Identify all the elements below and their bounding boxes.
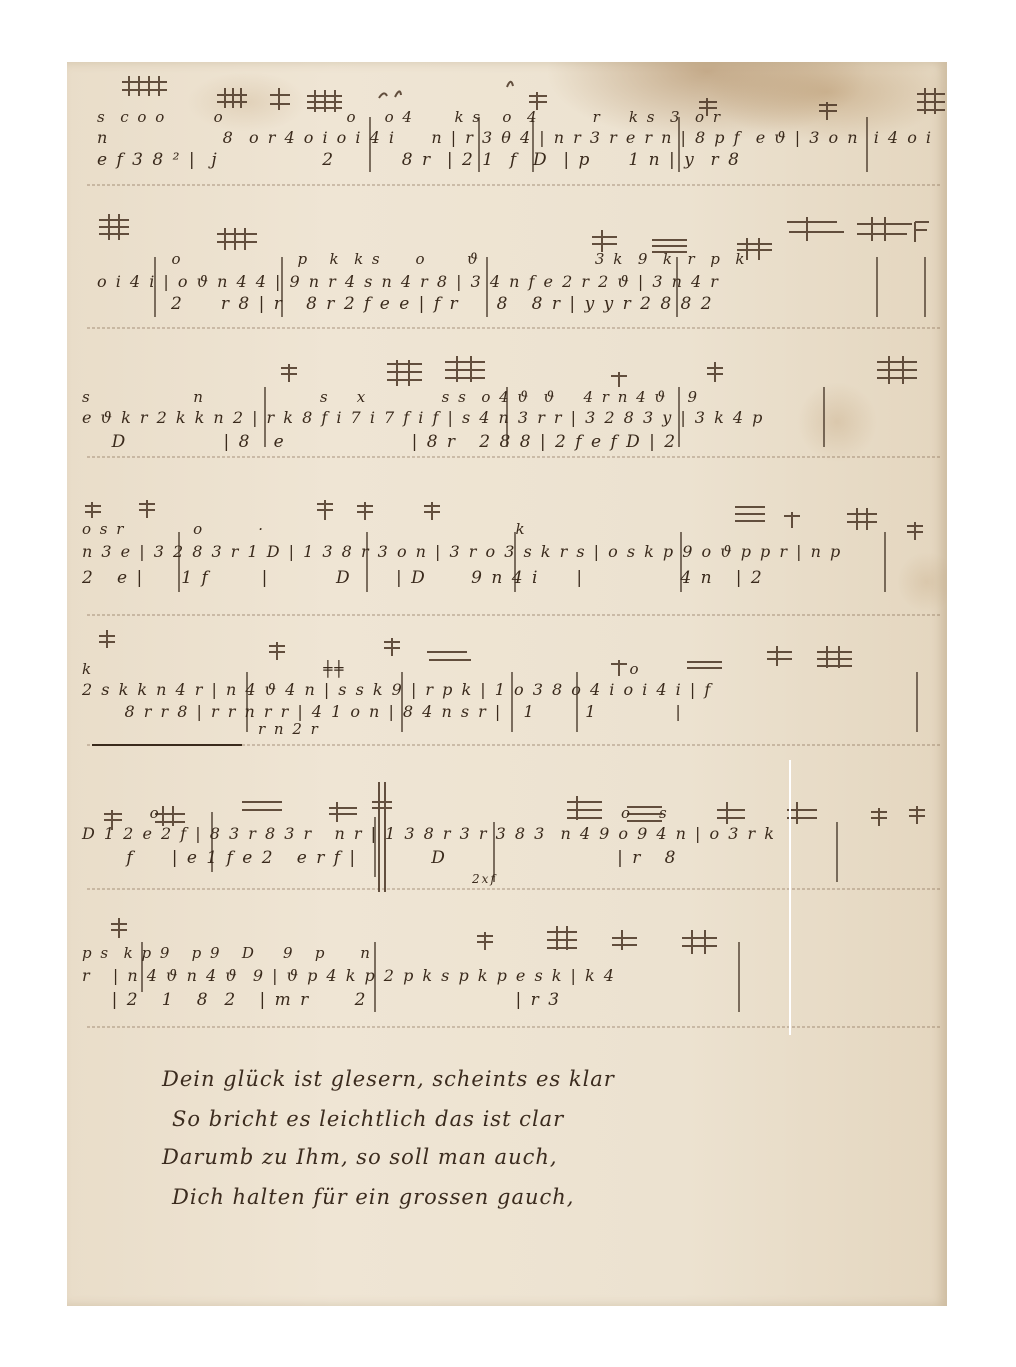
staff-top-row: o p k k s o ϑ 3 k 9 k r p k — [97, 250, 746, 268]
staff-top-row: p s k p 9 p 9 D 9 p n — [82, 944, 372, 962]
staff-bottom-row: 2 e | 1 f | D | D 9 n 4 i | 4 n | 2 — [82, 568, 764, 588]
staff-bottom-row-2: r n 2 r — [82, 720, 320, 738]
staff-bottom-row: f | e 1 f e 2 e r f | D | r 8 — [82, 848, 677, 868]
scan-artifact-line — [789, 760, 791, 1035]
poem-line-4: Dich halten für ein grossen gauch, — [172, 1185, 574, 1209]
staff-mid-row: r | n 4 ϑ n 4 ϑ 9 | ϑ p 4 k p 2 p k s p … — [82, 966, 616, 985]
manuscript-page: s c o o o o o 4 k s o 4 r k s 3 o r n 8 … — [67, 62, 947, 1306]
staff-bottom-row: D | 8 e | 8 r 2 8 8 | 2 f e f D | 2 — [82, 432, 677, 452]
staff-bottom-row: | 2 1 8 2 | m r 2 | r 3 — [82, 990, 561, 1010]
staff-mid-row: o i 4 i | o ϑ n 4 4 | 9 n r 4 s n 4 r 8 … — [97, 272, 720, 291]
poem-line-2: So bricht es leichtlich das ist clar — [172, 1107, 564, 1131]
staff-mid-row: e ϑ k r 2 k k n 2 | r k 8 f i 7 i 7 f i … — [82, 408, 764, 427]
staff-top-row: s n s x s s o 4 ϑ ϑ 4 r n 4 ϑ 9 — [82, 388, 699, 406]
staff-top-row: k ╪╪ o — [82, 660, 641, 678]
poem-line-3: Darumb zu Ihm, so soll man auch, — [162, 1145, 558, 1169]
staff-mid-row: n 8 o r 4 o i o i 4 i n | r 3 θ 4 | n r … — [97, 128, 933, 147]
staff-mid-row: n 3 e | 3 2 8 3 r 1 D | 1 3 8 r 3 o n | … — [82, 542, 842, 561]
staff-mid-row: 2 s k k n 4 r | n 4 ϑ 4 n | s s k 9 | r … — [82, 680, 712, 699]
staff-top-row: s c o o o o o 4 k s o 4 r k s 3 o r — [97, 108, 722, 126]
staff-mid-row: D 1 2 e 2 f | 8 3 r 8 3 r n r | 1 3 8 r … — [82, 824, 776, 843]
staff-bottom-row: 8 r r 8 | r r n r r | 4 1 o n | 8 4 n s … — [82, 702, 683, 721]
staff-bottom-row: 2 r 8 | r 8 r 2 f e e | f r 8 8 r | y y … — [97, 294, 714, 314]
staff-top-row: o o s — [82, 804, 669, 822]
poem-line-1: Dein glück ist glesern, scheints es klar — [162, 1067, 615, 1091]
staff-marginal-note: 2xf — [472, 872, 497, 886]
staff-top-row: o s r o · k — [82, 520, 527, 538]
staff-bottom-row: e f 3 8 ² | j 2 8 r | 2 1 f D | p 1 n | … — [97, 150, 741, 170]
